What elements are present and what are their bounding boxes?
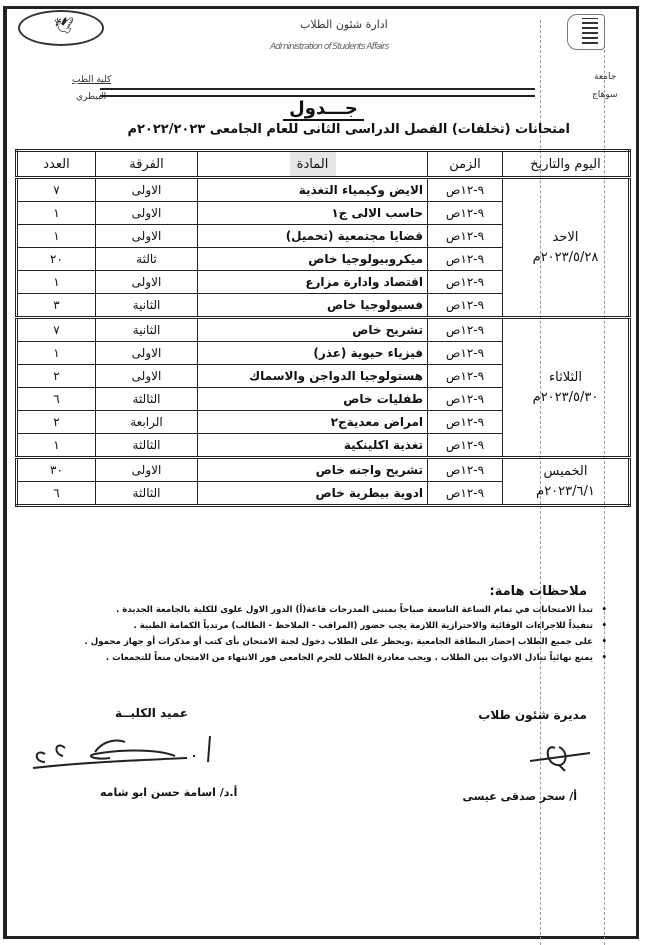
column-header-day: اليوم والتاريخ: [503, 151, 630, 178]
table-header-row: اليوم والتاريخ الزمن المادة الفرقة العدد: [17, 151, 630, 178]
time-cell: ٩-١٢ص: [428, 434, 503, 458]
building-icon: [582, 18, 598, 44]
day-name: الثلاثاء: [507, 368, 624, 388]
dean-name: أ.د/ اسامة حسن ابو شامه: [100, 786, 237, 799]
level-cell: الاولى: [96, 225, 198, 248]
faculty-name-1: كلية الطب: [72, 75, 111, 85]
time-cell: ٩-١٢ص: [428, 318, 503, 342]
day-cell: الخميس ٢٠٢٣/٦/١م: [503, 458, 630, 506]
level-cell: الاولى: [96, 458, 198, 482]
count-cell: ٦: [17, 482, 96, 506]
director-signature: [525, 733, 595, 773]
count-cell: ٧: [17, 318, 96, 342]
subject-cell: اقتصاد وادارة مزارع: [198, 271, 428, 294]
level-cell: الثانية: [96, 318, 198, 342]
subject-cell: حاسب الالى ج١: [198, 202, 428, 225]
count-cell: ٢: [17, 411, 96, 434]
time-cell: ٩-١٢ص: [428, 178, 503, 202]
dean-signature: [25, 728, 215, 773]
column-header-subject: المادة: [198, 151, 428, 178]
count-cell: ٢: [17, 365, 96, 388]
university-logo: [567, 14, 605, 50]
subject-cell: فيزياء حيوية (عذر): [198, 342, 428, 365]
subject-cell: ميكروبيولوجيا خاص: [198, 248, 428, 271]
dean-title: عميد الكليــة: [115, 706, 188, 720]
table-row: الخميس ٢٠٢٣/٦/١م ٩-١٢ص تشريح واجنه خاص ا…: [17, 458, 630, 482]
subject-cell: قضايا مجتمعية (تحميل): [198, 225, 428, 248]
subject-cell: هستولوجيا الدواجن والاسماك: [198, 365, 428, 388]
count-cell: ١: [17, 225, 96, 248]
level-cell: الثالثة: [96, 434, 198, 458]
time-cell: ٩-١٢ص: [428, 294, 503, 318]
subject-cell: تشريح خاص: [198, 318, 428, 342]
title-text: جـــدول: [283, 98, 364, 121]
level-cell: الاولى: [96, 271, 198, 294]
count-cell: ١: [17, 202, 96, 225]
level-cell: الثالثة: [96, 388, 198, 411]
note-item: يمنع نهائياً تبادل الادوات بين الطلاب . …: [87, 650, 607, 666]
notes-title: ملاحظات هامة:: [490, 584, 587, 599]
page-subtitle: امتحانات (تخلفات) الفصل الدراسى الثانى ل…: [140, 122, 570, 137]
count-cell: ٣: [17, 294, 96, 318]
level-cell: الاولى: [96, 365, 198, 388]
subject-cell: الايض وكيمياء التغذية: [198, 178, 428, 202]
day-cell: الثلاثاء ٢٠٢٣/٥/٣٠م: [503, 318, 630, 458]
student-affairs-director-title: مديرة شئون طلاب: [478, 708, 587, 722]
level-cell: الثالثة: [96, 482, 198, 506]
header-rule: [100, 88, 535, 97]
column-header-time: الزمن: [428, 151, 503, 178]
note-item: تنفيذاً للاجراءات الوقائية والاحترازية ا…: [87, 618, 607, 634]
day-date: ٢٠٢٣/٦/١م: [507, 482, 624, 502]
count-cell: ١: [17, 271, 96, 294]
notes-list: تبدأ الامتحانات في تمام الساعة التاسعة ص…: [87, 602, 607, 666]
subject-cell: تشريح واجنه خاص: [198, 458, 428, 482]
day-date: ٢٠٢٣/٥/٣٠م: [507, 388, 624, 408]
table-row: الثلاثاء ٢٠٢٣/٥/٣٠م ٩-١٢ص تشريح خاص الثا…: [17, 318, 630, 342]
note-item: تبدأ الامتحانات في تمام الساعة التاسعة ص…: [87, 602, 607, 618]
day-name: الخميس: [507, 462, 624, 482]
time-cell: ٩-١٢ص: [428, 411, 503, 434]
exam-schedule-table: اليوم والتاريخ الزمن المادة الفرقة العدد…: [15, 149, 631, 507]
level-cell: الاولى: [96, 202, 198, 225]
time-cell: ٩-١٢ص: [428, 248, 503, 271]
count-cell: ٧: [17, 178, 96, 202]
count-cell: ٣٠: [17, 458, 96, 482]
admin-line-en: Administration of Students Affairs: [270, 42, 388, 52]
day-name: الاحد: [507, 228, 624, 248]
level-cell: الاولى: [96, 178, 198, 202]
column-header-level: الفرقة: [96, 151, 198, 178]
time-cell: ٩-١٢ص: [428, 482, 503, 506]
subject-cell: فسيولوجيا خاص: [198, 294, 428, 318]
level-cell: الثانية: [96, 294, 198, 318]
note-item: على جميع الطلاب إحضار البطاقة الجامعية .…: [87, 634, 607, 650]
count-cell: ١: [17, 342, 96, 365]
faculty-logo: 🕊: [18, 10, 104, 46]
university-name-1: جامعة: [594, 72, 616, 82]
subject-cell: ادوية بيطرية خاص: [198, 482, 428, 506]
time-cell: ٩-١٢ص: [428, 271, 503, 294]
count-cell: ٢٠: [17, 248, 96, 271]
table-row: الاحد ٢٠٢٣/٥/٢٨م ٩-١٢ص الايض وكيمياء الت…: [17, 178, 630, 202]
time-cell: ٩-١٢ص: [428, 225, 503, 248]
time-cell: ٩-١٢ص: [428, 388, 503, 411]
director-name: أ/ سحر صدقى عيسى: [462, 790, 577, 803]
time-cell: ٩-١٢ص: [428, 202, 503, 225]
time-cell: ٩-١٢ص: [428, 458, 503, 482]
day-cell: الاحد ٢٠٢٣/٥/٢٨م: [503, 178, 630, 318]
bird-emblem-icon: 🕊: [54, 16, 74, 35]
time-cell: ٩-١٢ص: [428, 342, 503, 365]
subject-cell: طفليات خاص: [198, 388, 428, 411]
level-cell: الاولى: [96, 342, 198, 365]
count-cell: ٦: [17, 388, 96, 411]
column-header-count: العدد: [17, 151, 96, 178]
level-cell: الرابعة: [96, 411, 198, 434]
day-date: ٢٠٢٣/٥/٢٨م: [507, 248, 624, 268]
page-title: جـــدول: [0, 98, 647, 119]
admin-line: ادارة شئون الطلاب: [300, 18, 388, 31]
subject-cell: تغذية اكلينكية: [198, 434, 428, 458]
level-cell: ثالثة: [96, 248, 198, 271]
count-cell: ١: [17, 434, 96, 458]
time-cell: ٩-١٢ص: [428, 365, 503, 388]
subject-cell: امراض معديةج٢: [198, 411, 428, 434]
